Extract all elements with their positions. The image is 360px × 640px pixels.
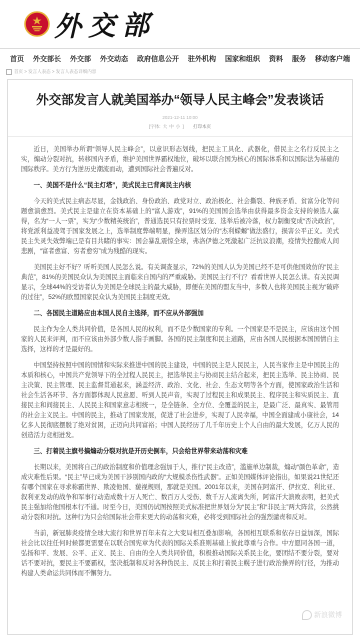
article-header: 外交部发言人就美国举办“领导人民主峰会”发表谈话 2021-12-11 10:0… xyxy=(8,93,352,137)
article-paragraph: 民主作为全人类共同价值，是各国人民的权利，而不是少数国家的专利。一个国家是不是民… xyxy=(21,325,339,355)
article-body: 近日，美国举办所谓“领导人民主峰会”，以意识形态划线，把民主工具化、武器化，借民… xyxy=(21,145,339,579)
font-size-options: 大中小 xyxy=(162,124,182,129)
nav-item[interactable]: 移动客户端 xyxy=(315,54,350,64)
article-controls: [字体: 大中小 ] 打印本页 xyxy=(8,124,352,130)
national-emblem-logo[interactable] xyxy=(24,11,50,37)
nav-item[interactable]: 服务 xyxy=(292,54,306,64)
weibo-watermark-text: 新浪微博 xyxy=(314,610,342,620)
mfa-logo-calligraphy[interactable]: 外交部 xyxy=(54,3,157,44)
nav-item[interactable]: 驻外机构 xyxy=(188,54,216,64)
nav-item[interactable]: 资料 xyxy=(269,54,283,64)
article-paragraph: 中国坚持按照中国的国情和实际来推进中国的民主建设，中国的民主是人民民主，人民当家… xyxy=(21,361,339,441)
nav-item[interactable]: 政府信息公开 xyxy=(137,54,179,64)
weibo-watermark: 新浪微博 xyxy=(302,610,342,620)
article-paragraph: 今天的美式民主病态尽显，金钱政治、身份政治、政党对立、政治极化、社会撕裂、种族矛… xyxy=(21,197,339,257)
national-emblem-icon xyxy=(24,11,50,37)
section-heading: 三、打着民主旗号搞煽动分裂对抗是开历史倒车，只会给世界带来动荡和灾难 xyxy=(21,447,339,457)
nav-item[interactable]: 外交部长 xyxy=(33,54,61,64)
site-header: 外交部 xyxy=(0,0,360,49)
font-size-label-close: ] xyxy=(183,124,184,129)
nav-item[interactable]: 外交动态 xyxy=(100,54,128,64)
publish-date: 2021-12-11 10:00 xyxy=(8,115,352,120)
article-container: 外交部发言人就美国举办“领导人民主峰会”发表谈话 2021-12-11 10:0… xyxy=(7,79,353,635)
breadcrumb-path[interactable]: 首页 > 发言人表态 > 发言人表态详细内容 xyxy=(14,69,96,75)
main-nav: 首页外交部长外交部外交动态政府信息公开驻外机构国家和组织资料服务移动客户端 xyxy=(0,52,360,65)
breadcrumb: 首页 > 发言人表态 > 发言人表态详细内容 xyxy=(6,69,96,75)
article-paragraph: 美国民主好不好？听听美国人民怎么说。有关调查显示，72%的美国人认为美国已经不是… xyxy=(21,263,339,303)
article-paragraph: 当前，新冠肺炎疫情全球大流行和世界百年未有之大变局相互叠加影响，各国相互联系和依… xyxy=(21,529,339,579)
weibo-watermark-icon xyxy=(302,610,312,620)
home-icon xyxy=(6,69,12,75)
nav-item[interactable]: 首页 xyxy=(10,54,24,64)
nav-item[interactable]: 国家和组织 xyxy=(225,54,260,64)
section-heading: 二、各国民主道路应由本国人民自主选择，而不应从外部强加 xyxy=(21,309,339,319)
article-title: 外交部发言人就美国举办“领导人民主峰会”发表谈话 xyxy=(26,93,334,109)
font-size-label: [字体: xyxy=(149,124,161,129)
article-paragraph: 近日，美国举办所谓“领导人民主峰会”，以意识形态划线，把民主工具化、武器化，借民… xyxy=(21,145,339,175)
font-size-option[interactable]: 中 xyxy=(169,124,174,129)
print-button[interactable]: 打印本页 xyxy=(193,124,211,129)
nav-item[interactable]: 外交部 xyxy=(70,54,91,64)
mfa-webpage: 繁体English网站地图联系我们 外交部 首页外交部长外交部外交动态政府信息公… xyxy=(0,0,360,640)
font-size-option[interactable]: 大 xyxy=(163,124,168,129)
font-size-option[interactable]: 小 xyxy=(176,124,181,129)
section-heading: 一、美国不是什么“民主灯塔”，美式民主已背离民主内核 xyxy=(21,181,339,191)
article-paragraph: 长期以来，美国将自己的政治制度和价值理念强加于人，推行“民主改造”，滥施单边制裁… xyxy=(21,463,339,523)
